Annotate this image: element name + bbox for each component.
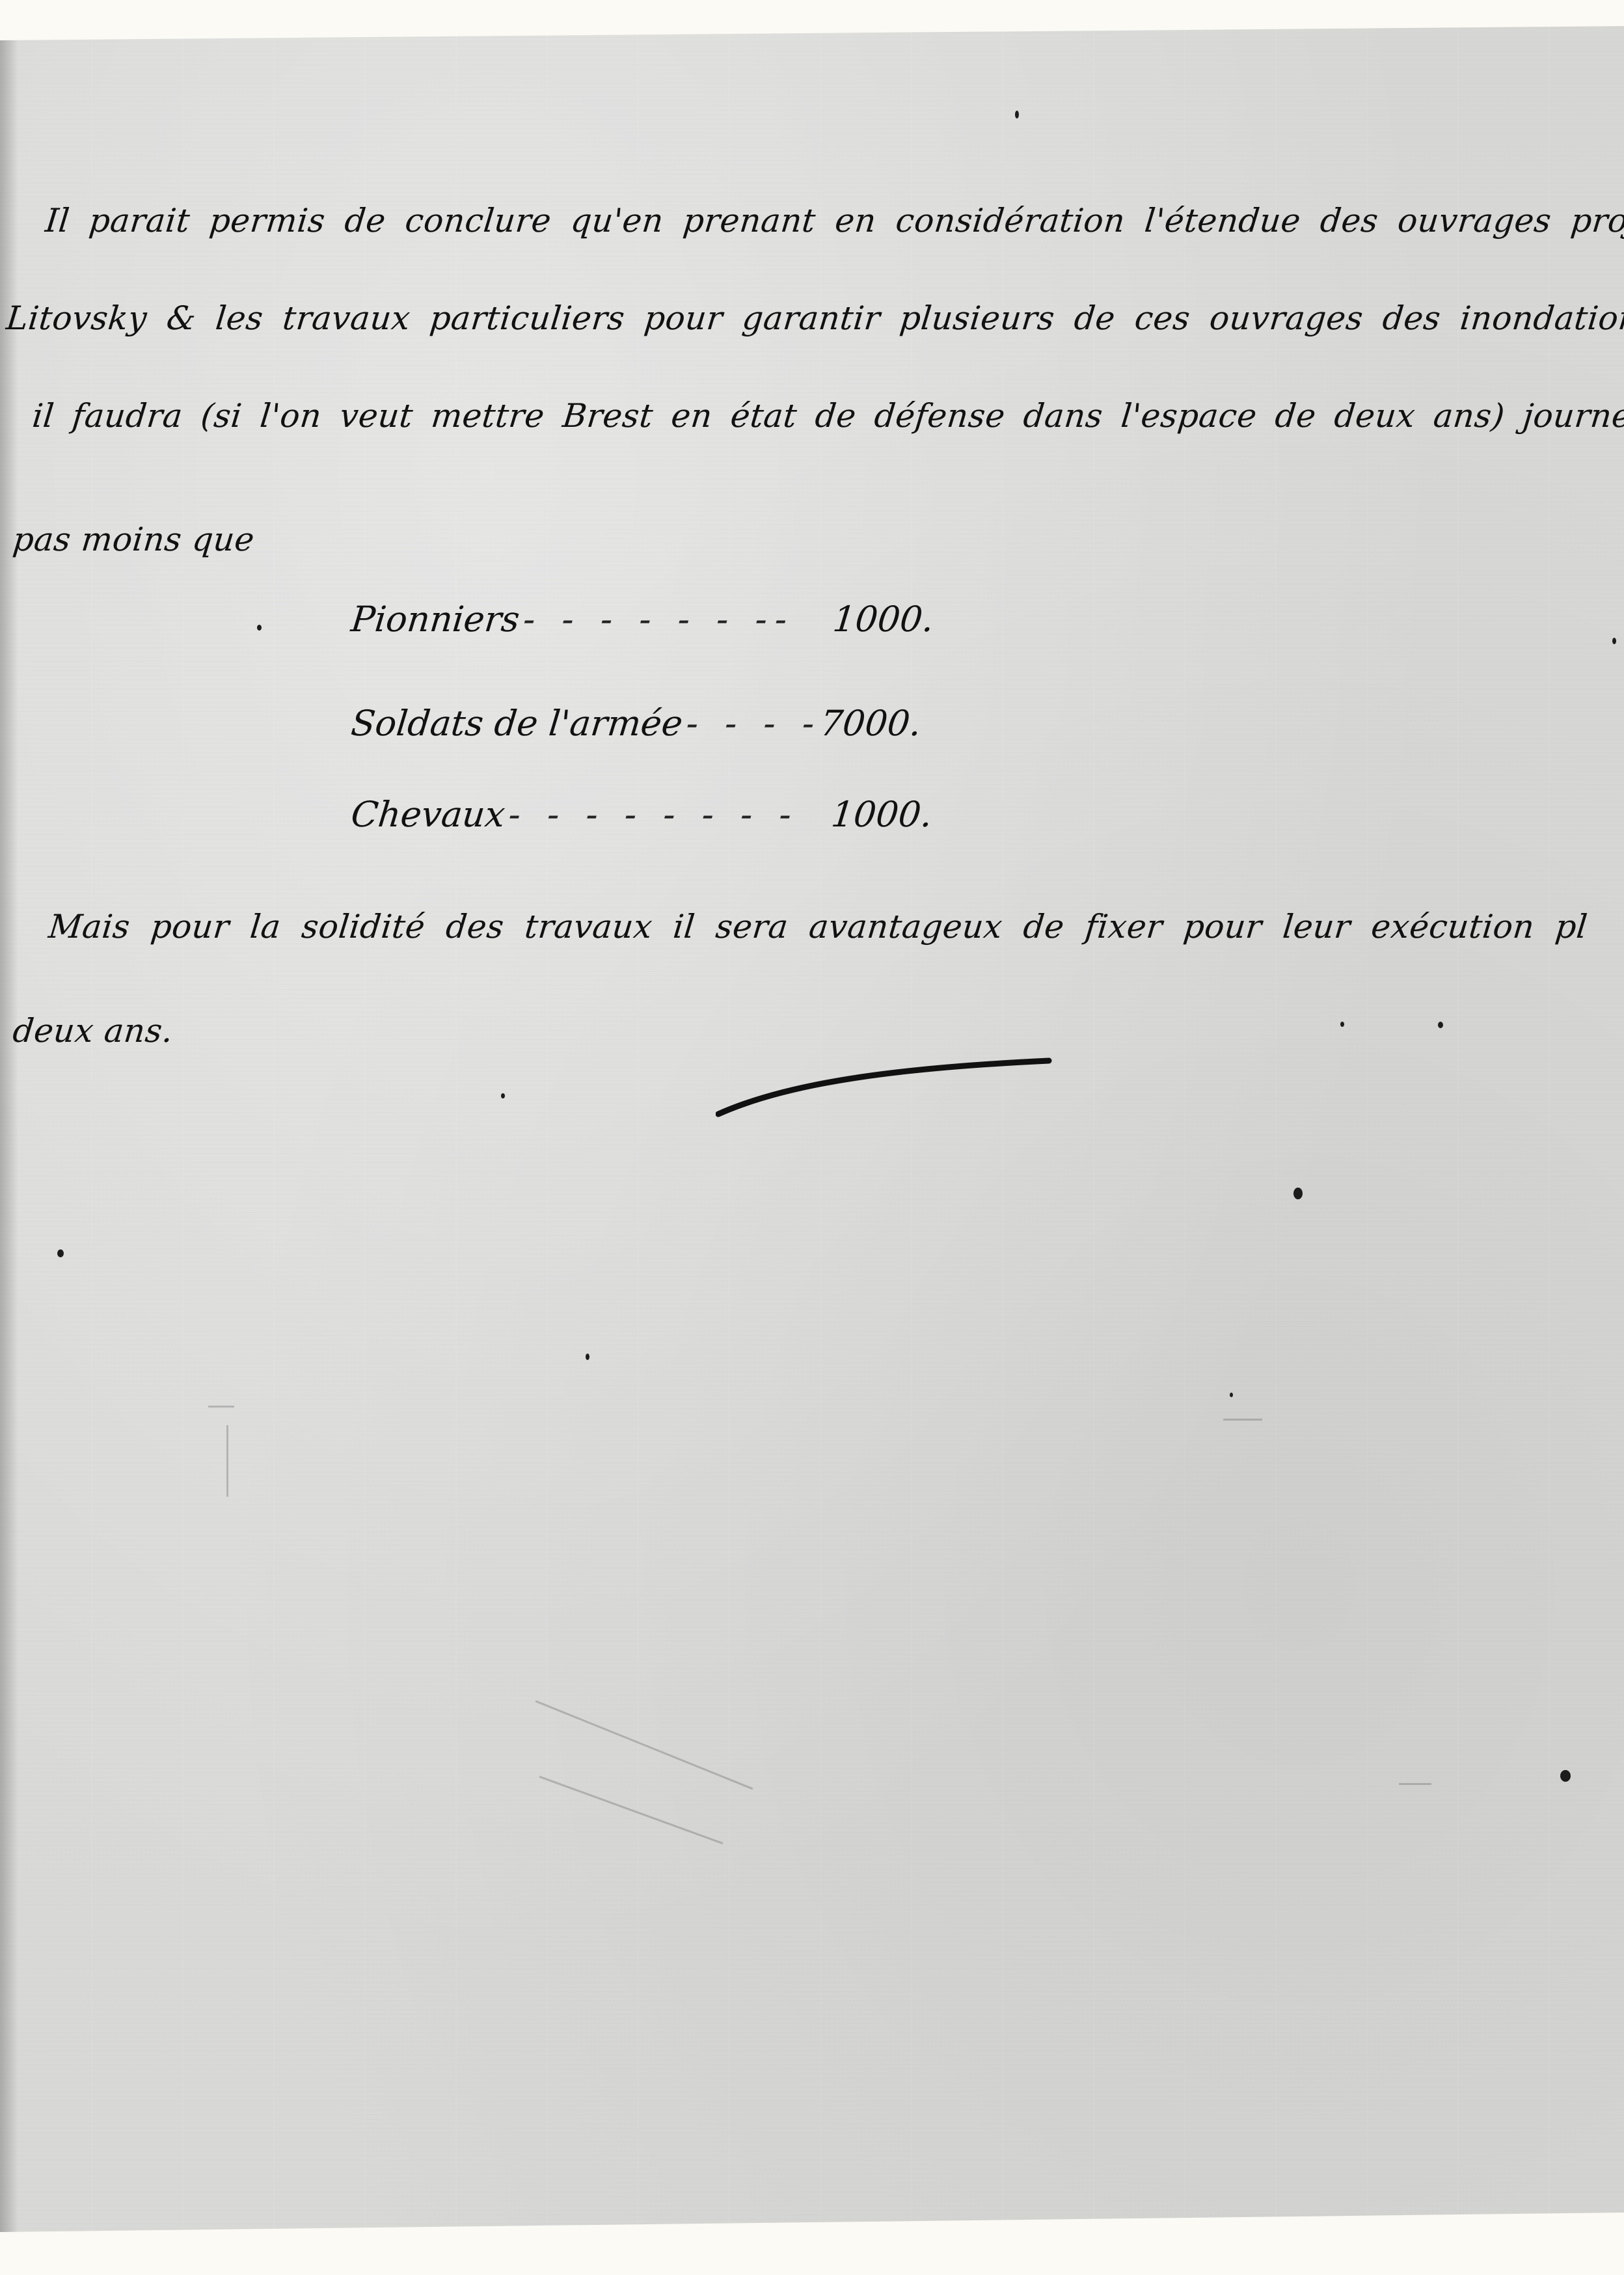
tally-leader-dashes: - - - - - - - - xyxy=(507,794,830,835)
closing-flourish-icon xyxy=(716,1054,1054,1119)
paper-speck xyxy=(1438,1022,1443,1028)
paper-speck xyxy=(1293,1188,1303,1199)
tally-label: Soldats de l'armée xyxy=(349,703,685,744)
manuscript-line-2: Litovsky & les travaux particuliers pour… xyxy=(5,299,1624,337)
tally-leader-dashes: - - - - xyxy=(684,703,819,744)
tally-label: Chevaux xyxy=(349,794,507,835)
tally-value: 1000. xyxy=(831,599,936,640)
tally-row-chevaux: Chevaux - - - - - - - - 1000. xyxy=(349,794,934,835)
tally-value: 1000. xyxy=(830,794,934,835)
paper-mark xyxy=(226,1425,228,1497)
paper-speck xyxy=(501,1093,505,1098)
paper-speck xyxy=(1015,111,1019,118)
manuscript-line-4: pas moins que xyxy=(11,521,256,558)
manuscript-page: Il parait permis de conclure qu'en prena… xyxy=(0,26,1624,2252)
tally-row-pionniers: Pionniers - - - - - - -- 1000. xyxy=(349,599,936,640)
tally-label: Pionniers xyxy=(349,599,522,640)
manuscript-line-1: Il parait permis de conclure qu'en prena… xyxy=(44,202,1624,239)
paper-mark xyxy=(535,1700,753,1790)
paper-speck xyxy=(586,1354,589,1360)
manuscript-line-6: deux ans. xyxy=(11,1012,175,1050)
paper-speck xyxy=(1230,1393,1233,1397)
paper-speck xyxy=(1340,1022,1344,1027)
paper-speck xyxy=(57,1249,64,1257)
manuscript-line-5: Mais pour la solidité des travaux il ser… xyxy=(47,908,1590,946)
paper-mark xyxy=(1399,1783,1431,1785)
tally-row-soldats: Soldats de l'armée - - - - 7000. xyxy=(349,703,923,744)
page-edge-shadow xyxy=(0,26,18,2252)
tally-leader-dashes: - - - - - - -- xyxy=(521,599,832,640)
paper-mark xyxy=(1223,1419,1262,1421)
paper-mark xyxy=(539,1776,724,1844)
paper-speck xyxy=(1612,638,1616,644)
paper-speck xyxy=(1560,1770,1571,1782)
tally-value: 7000. xyxy=(819,703,923,744)
paper-mark xyxy=(208,1406,234,1408)
manuscript-line-3: il faudra (si l'on veut mettre Brest en … xyxy=(31,397,1624,435)
paper-speck xyxy=(257,625,262,631)
